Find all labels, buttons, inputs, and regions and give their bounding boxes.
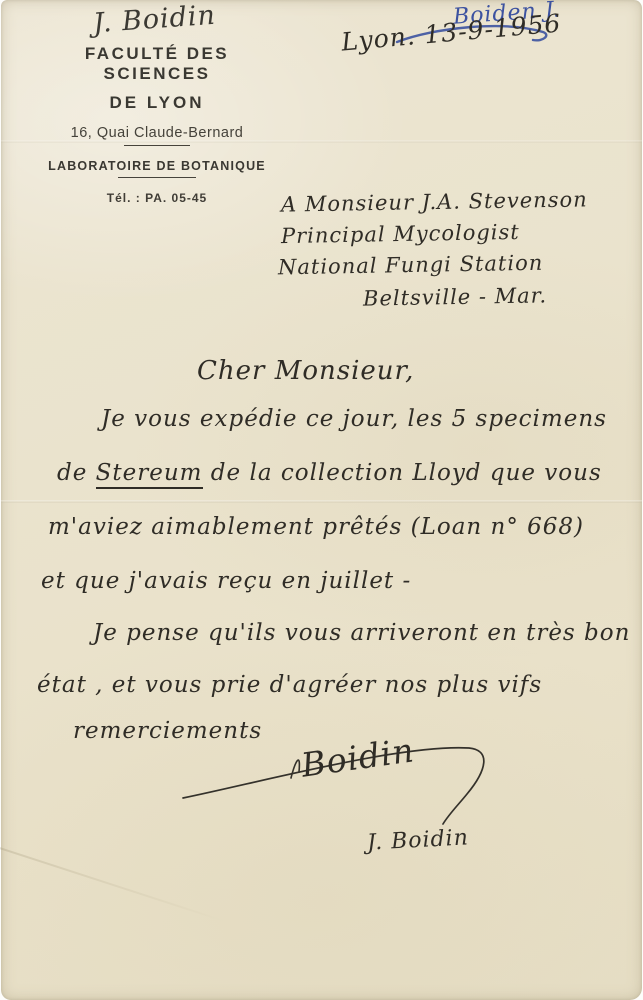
body-line: Je pense qu'ils vous arriveront en très … (93, 620, 630, 646)
body-line: état , et vous prie d'agréer nos plus vi… (37, 672, 542, 698)
body-line2-prefix: de (57, 460, 96, 486)
letterhead-phone: Tél. : PA. 05-45 (29, 191, 285, 205)
letterhead-faculty-line2: DE LYON (29, 93, 285, 113)
scanned-letter: FACULTÉ DES SCIENCES DE LYON 16, Quai Cl… (0, 0, 643, 1000)
recipient-line: A Monsieur J.A. Stevenson (281, 187, 588, 216)
recipient-line: Beltsville - Mar. (363, 283, 548, 310)
genus-name-underlined: Stereum (96, 460, 203, 489)
letterhead-block: FACULTÉ DES SCIENCES DE LYON 16, Quai Cl… (29, 44, 285, 205)
letterhead-faculty-line1: FACULTÉ DES SCIENCES (29, 44, 285, 84)
body-line: de Stereum de la collection Lloyd que vo… (57, 460, 602, 486)
letterhead-rule-1 (124, 145, 190, 146)
body-line2-suffix: de la collection Lloyd que vous (203, 460, 602, 486)
body-line: m'aviez aimablement prêtés (Loan n° 668) (48, 514, 584, 540)
letterhead-street-address: 16, Quai Claude-Bernard (29, 125, 285, 141)
body-line: Je vous expédie ce jour, les 5 specimens (101, 406, 607, 432)
fold-crease-middle (1, 500, 642, 503)
fold-crease-corner (0, 840, 225, 922)
pencil-name-annotation: J. Boidin (92, 0, 217, 39)
body-line: et que j'avais reçu en juillet - (41, 568, 411, 594)
recipient-line: Principal Mycologist (281, 220, 520, 248)
signature-printed-name: J. Boidin (366, 825, 469, 855)
letterhead-rule-2 (118, 177, 196, 178)
salutation: Cher Monsieur, (197, 356, 414, 386)
recipient-line: National Fungi Station (278, 251, 544, 280)
letter-paper: FACULTÉ DES SCIENCES DE LYON 16, Quai Cl… (1, 0, 642, 1000)
letterhead-laboratory: LABORATOIRE DE BOTANIQUE (29, 159, 285, 173)
